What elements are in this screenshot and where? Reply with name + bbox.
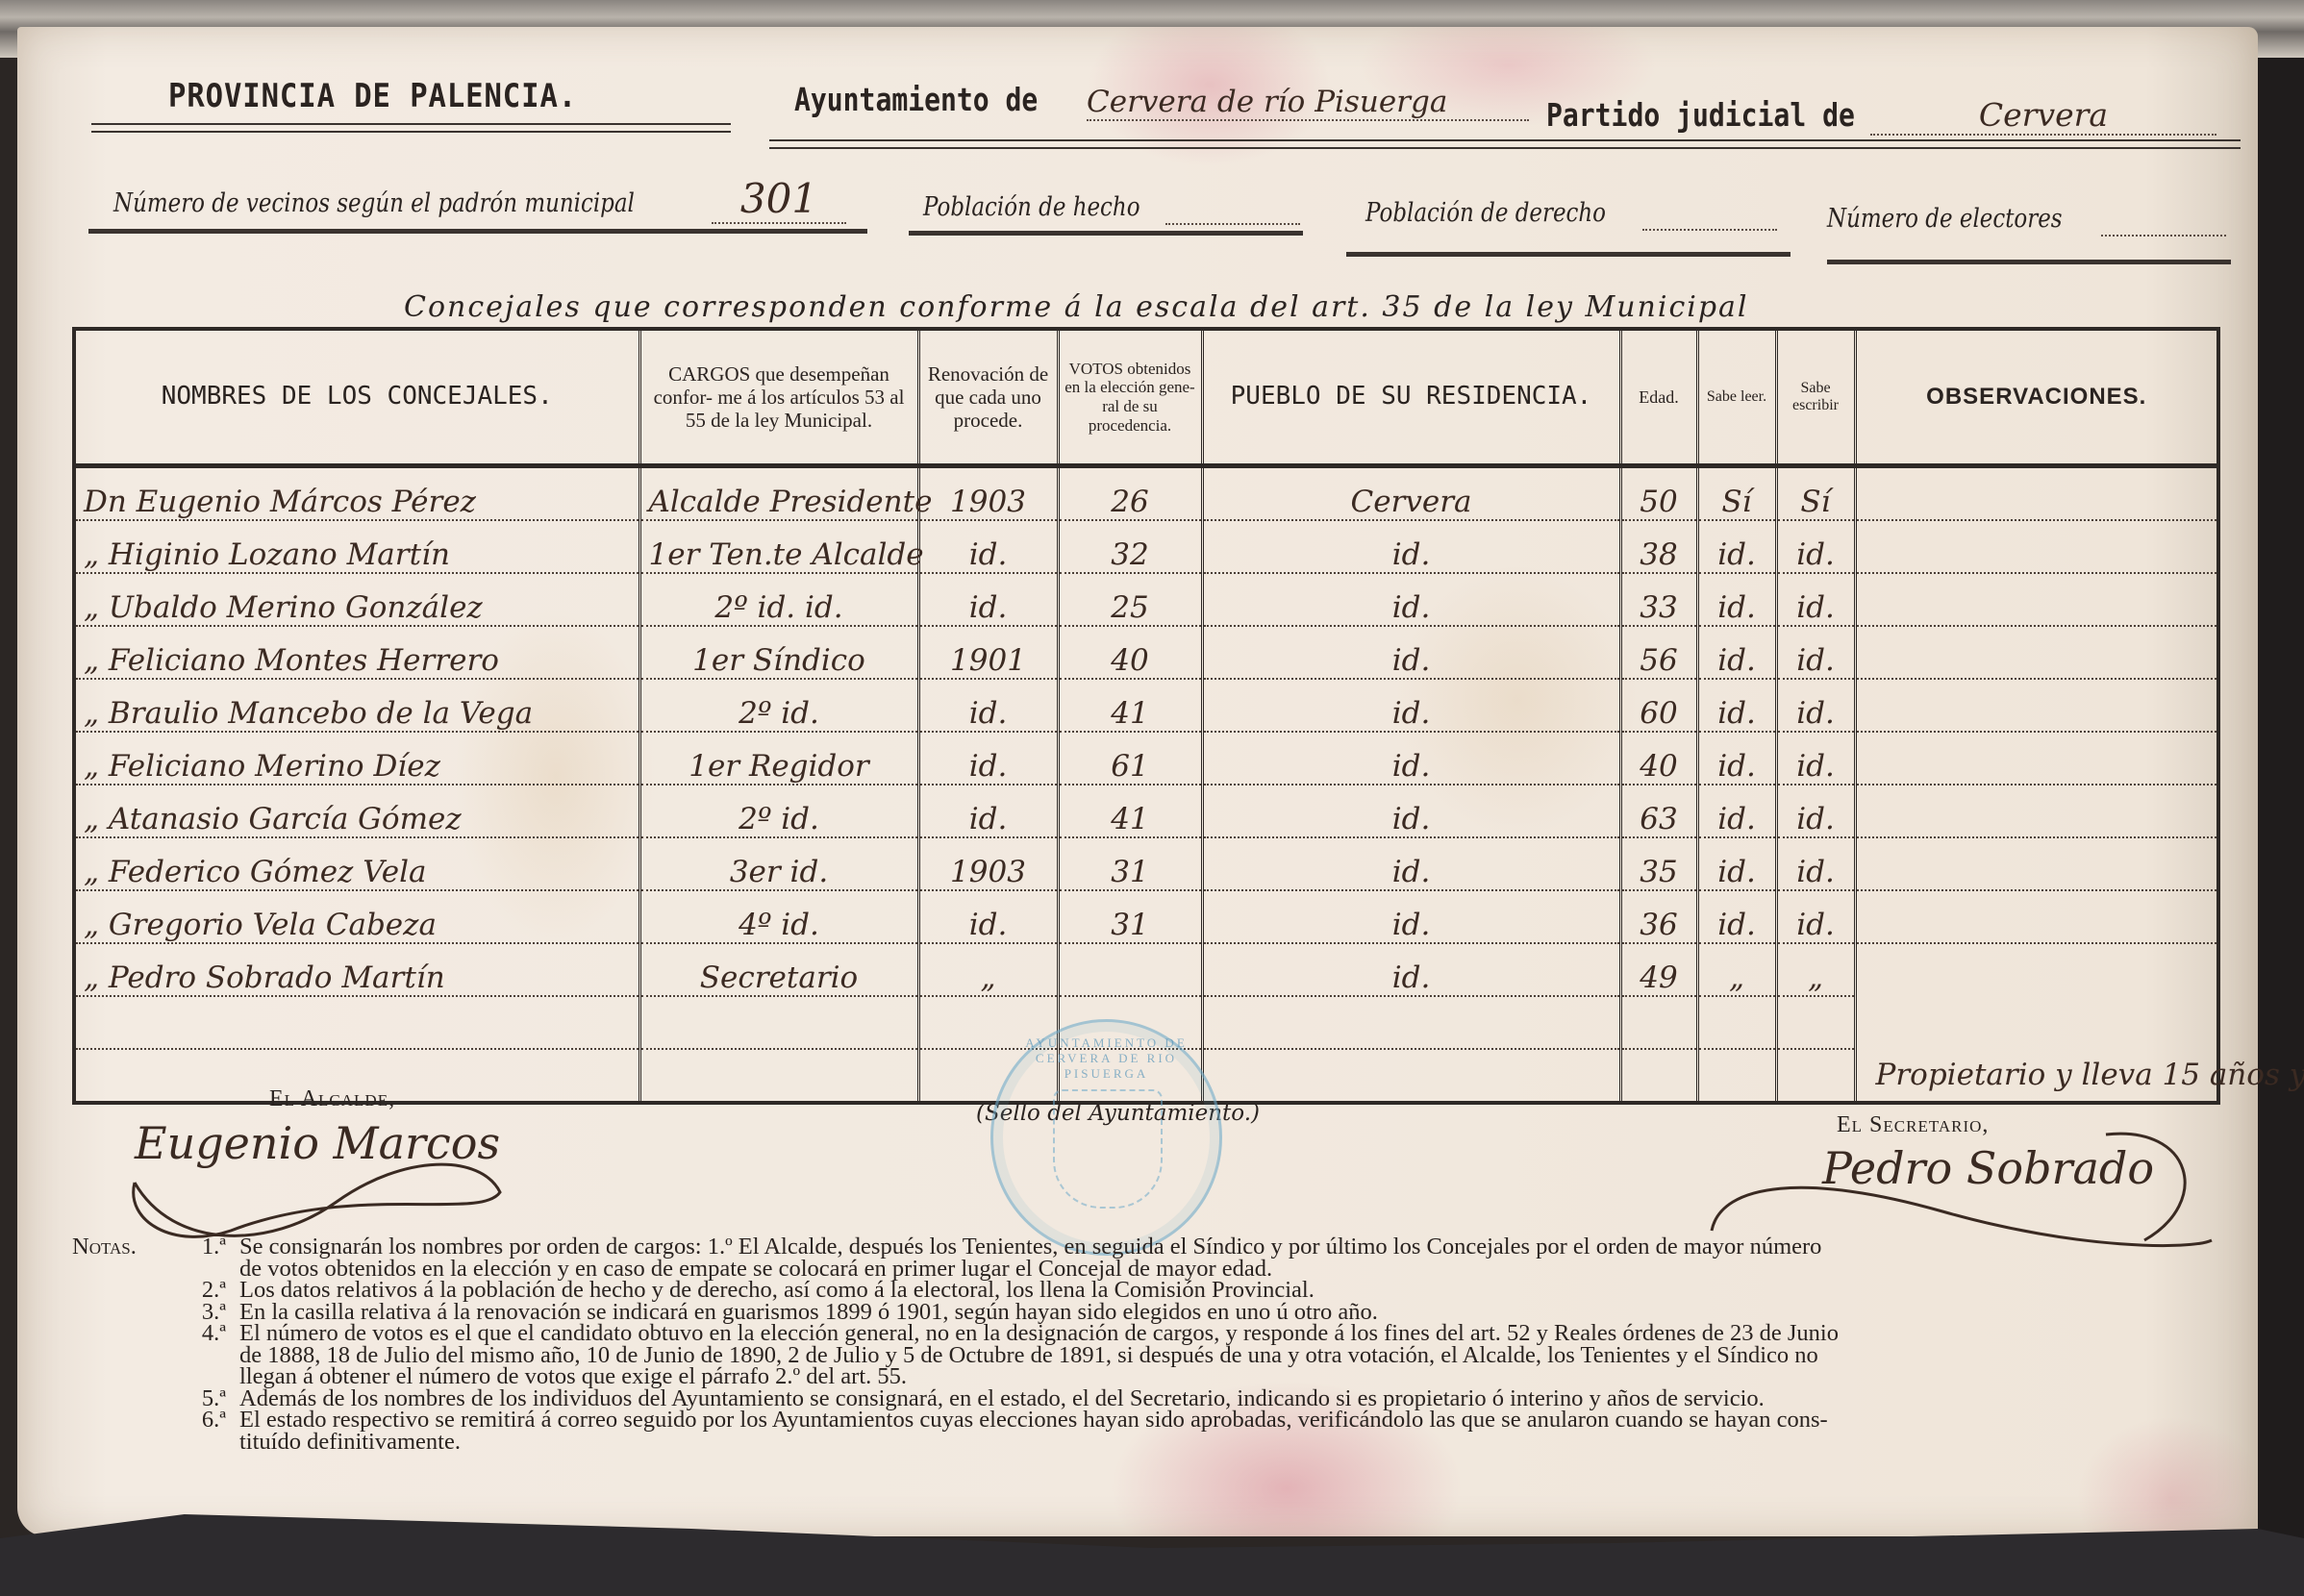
table-row: „ Feliciano Montes Herrero1er Síndico190… <box>74 626 2218 679</box>
divider <box>769 139 2241 149</box>
cell-sabe-leer <box>1697 1049 1776 1103</box>
cell-nombre: „ Pedro Sobrado Martín <box>74 943 639 996</box>
cell-votos: 41 <box>1058 785 1202 837</box>
table-row: „ Ubaldo Merino González2º id. id.id.25i… <box>74 573 2218 626</box>
cell-edad: 50 <box>1620 466 1697 521</box>
cell-nombre: „ Feliciano Montes Herrero <box>74 626 639 679</box>
cell-sabe-escribir: id. <box>1776 785 1855 837</box>
col-sabe-escribir: Sabe escribir <box>1776 329 1855 466</box>
divider <box>1827 260 2231 264</box>
cell-votos: 31 <box>1058 837 1202 890</box>
cell-cargo: 4º id. <box>639 890 918 943</box>
cell-pueblo: id. <box>1202 520 1620 573</box>
cell-pueblo <box>1202 996 1620 1049</box>
cell-observaciones <box>1855 785 2218 837</box>
cell-sabe-leer: id. <box>1697 679 1776 732</box>
partido-judicial-value: Cervera <box>1870 96 2216 136</box>
cell-votos: 26 <box>1058 466 1202 521</box>
provincia-title: PROVINCIA DE PALENCIA. <box>168 77 577 115</box>
cell-sabe-escribir: id. <box>1776 732 1855 785</box>
cell-nombre: Dn Eugenio Márcos Pérez <box>74 466 639 521</box>
cell-sabe-leer: id. <box>1697 573 1776 626</box>
cell-cargo: 1er Regidor <box>639 732 918 785</box>
cell-renovacion: 1903 <box>918 466 1058 521</box>
cell-pueblo: id. <box>1202 573 1620 626</box>
cell-pueblo: id. <box>1202 943 1620 996</box>
divider <box>909 231 1303 236</box>
cell-edad <box>1620 996 1697 1049</box>
col-nombres: NOMBRES DE LOS CONCEJALES. <box>74 329 639 466</box>
cell-renovacion: id. <box>918 890 1058 943</box>
cell-edad <box>1620 1049 1697 1103</box>
table-header-row: NOMBRES DE LOS CONCEJALES. CARGOS que de… <box>74 329 2218 466</box>
cell-nombre <box>74 996 639 1049</box>
ayuntamiento-stamp: AYUNTAMIENTO DE CERVERA DE RIO PISUERGA <box>990 1019 1222 1256</box>
cell-sabe-escribir: id. <box>1776 679 1855 732</box>
cell-observaciones <box>1855 837 2218 890</box>
cell-edad: 49 <box>1620 943 1697 996</box>
notes-section: Notas.1.ªSe consignarán los nombres por … <box>72 1236 2245 1453</box>
cell-nombre: „ Braulio Mancebo de la Vega <box>74 679 639 732</box>
cell-sabe-leer: id. <box>1697 732 1776 785</box>
divider <box>88 229 867 234</box>
table-row: „ Federico Gómez Vela3er id.190331id.35i… <box>74 837 2218 890</box>
cell-cargo: 2º id. id. <box>639 573 918 626</box>
cell-observaciones <box>1855 466 2218 521</box>
cell-nombre: „ Federico Gómez Vela <box>74 837 639 890</box>
col-sabe-leer: Sabe leer. <box>1697 329 1776 466</box>
cell-sabe-leer: id. <box>1697 837 1776 890</box>
book-cover-edge <box>2258 58 2304 1596</box>
cell-nombre: „ Feliciano Merino Díez <box>74 732 639 785</box>
cell-observaciones <box>1855 573 2218 626</box>
cell-edad: 56 <box>1620 626 1697 679</box>
cell-pueblo: id. <box>1202 837 1620 890</box>
col-cargos: CARGOS que desempeñan confor- me á los a… <box>639 329 918 466</box>
cell-renovacion: id. <box>918 679 1058 732</box>
col-pueblo: PUEBLO DE SU RESIDENCIA. <box>1202 329 1620 466</box>
cell-votos: 41 <box>1058 679 1202 732</box>
cell-cargo: Secretario <box>639 943 918 996</box>
cell-renovacion: 1903 <box>918 837 1058 890</box>
table-row: Dn Eugenio Márcos PérezAlcalde President… <box>74 466 2218 521</box>
cell-sabe-escribir: id. <box>1776 837 1855 890</box>
ayuntamiento-label: Ayuntamiento de <box>794 81 1038 118</box>
cell-observaciones <box>1855 732 2218 785</box>
cell-cargo: 1er Ten.te Alcalde <box>639 520 918 573</box>
notes-lead <box>72 1302 178 1324</box>
cell-renovacion: „ <box>918 943 1058 996</box>
col-observaciones: OBSERVACIONES. <box>1855 329 2218 466</box>
table-row: „ Higinio Lozano Martín1er Ten.te Alcald… <box>74 520 2218 573</box>
table-row: „ Braulio Mancebo de la Vega2º id.id.41i… <box>74 679 2218 732</box>
note-text: El estado respectivo se remitirá á corre… <box>239 1409 2245 1432</box>
cell-cargo: Alcalde Presidente <box>639 466 918 521</box>
cell-sabe-leer: „ <box>1697 943 1776 996</box>
cell-votos: 61 <box>1058 732 1202 785</box>
cell-sabe-escribir: „ <box>1776 943 1855 996</box>
cell-pueblo: id. <box>1202 785 1620 837</box>
cell-votos <box>1058 943 1202 996</box>
cell-pueblo: id. <box>1202 890 1620 943</box>
cell-observaciones <box>1855 626 2218 679</box>
notes-lead <box>72 1280 178 1302</box>
cell-sabe-leer: id. <box>1697 890 1776 943</box>
cell-edad: 36 <box>1620 890 1697 943</box>
cell-pueblo: id. <box>1202 732 1620 785</box>
note-number: 6.ª <box>178 1409 239 1432</box>
cell-votos: 32 <box>1058 520 1202 573</box>
cell-sabe-escribir <box>1776 996 1855 1049</box>
cell-nombre: „ Gregorio Vela Cabeza <box>74 890 639 943</box>
partido-judicial-label: Partido judicial de <box>1546 96 1855 134</box>
divider <box>91 123 731 133</box>
cell-pueblo: id. <box>1202 679 1620 732</box>
cell-votos: 25 <box>1058 573 1202 626</box>
alcalde-label: El Alcalde, <box>269 1086 395 1112</box>
cell-edad: 40 <box>1620 732 1697 785</box>
concejales-scale-line: Concejales que corresponden conforme á l… <box>404 290 1749 324</box>
cell-cargo <box>639 1049 918 1103</box>
cell-nombre: „ Ubaldo Merino González <box>74 573 639 626</box>
cell-observaciones: Propietario y lleva 15 años y 10 meses d… <box>1855 943 2218 1103</box>
poblacion-hecho-label: Población de hecho <box>923 192 1140 222</box>
cell-votos: 31 <box>1058 890 1202 943</box>
notes-lead <box>72 1409 178 1432</box>
divider <box>1346 252 1791 257</box>
cell-renovacion: id. <box>918 732 1058 785</box>
cell-cargo <box>639 996 918 1049</box>
cell-pueblo <box>1202 1049 1620 1103</box>
cell-sabe-leer: id. <box>1697 520 1776 573</box>
poblacion-derecho-label: Población de derecho <box>1365 198 1606 228</box>
table-row: „ Gregorio Vela Cabeza4º id.id.31id.36id… <box>74 890 2218 943</box>
col-renovacion: Renovación de que cada uno procede. <box>918 329 1058 466</box>
cell-sabe-leer <box>1697 996 1776 1049</box>
cell-cargo: 2º id. <box>639 679 918 732</box>
cell-renovacion: 1901 <box>918 626 1058 679</box>
cell-sabe-escribir: id. <box>1776 520 1855 573</box>
cell-nombre: „ Atanasio García Gómez <box>74 785 639 837</box>
note-text: tituído definitivamente. <box>239 1432 2245 1454</box>
cell-renovacion: id. <box>918 573 1058 626</box>
cell-renovacion: id. <box>918 520 1058 573</box>
cell-edad: 33 <box>1620 573 1697 626</box>
cell-votos: 40 <box>1058 626 1202 679</box>
electores-field <box>2101 231 2226 237</box>
electores-label: Número de electores <box>1827 204 2063 234</box>
cell-edad: 63 <box>1620 785 1697 837</box>
note-number: 4.ª <box>178 1323 239 1345</box>
poblacion-hecho-field <box>1165 219 1300 225</box>
cell-sabe-escribir: Sí <box>1776 466 1855 521</box>
poblacion-derecho-field <box>1642 225 1777 231</box>
note-line: tituído definitivamente. <box>72 1432 2245 1454</box>
cell-sabe-leer: id. <box>1697 626 1776 679</box>
col-votos: VOTOS obtenidos en la elección gene- ral… <box>1058 329 1202 466</box>
cell-sabe-leer: id. <box>1697 785 1776 837</box>
notes-lead <box>72 1323 178 1345</box>
cell-cargo: 2º id. <box>639 785 918 837</box>
cell-edad: 35 <box>1620 837 1697 890</box>
ayuntamiento-value: Cervera de río Pisuerga <box>1087 85 1529 121</box>
cell-observaciones <box>1855 890 2218 943</box>
cell-cargo: 3er id. <box>639 837 918 890</box>
concejales-table: NOMBRES DE LOS CONCEJALES. CARGOS que de… <box>72 327 2220 1105</box>
cell-cargo: 1er Síndico <box>639 626 918 679</box>
cell-sabe-leer: Sí <box>1697 466 1776 521</box>
cell-sabe-escribir: id. <box>1776 890 1855 943</box>
notes-lead: Notas. <box>72 1236 178 1259</box>
vecinos-label: Número de vecinos según el padrón munici… <box>113 188 635 218</box>
cell-sabe-escribir: id. <box>1776 626 1855 679</box>
stamp-text: AYUNTAMIENTO DE CERVERA DE RIO PISUERGA <box>993 1035 1219 1082</box>
note-number: 1.ª <box>178 1236 239 1259</box>
table-row: „ Atanasio García Gómez2º id.id.41id.63i… <box>74 785 2218 837</box>
cell-observaciones <box>1855 679 2218 732</box>
notes-lead <box>72 1388 178 1410</box>
cell-pueblo: id. <box>1202 626 1620 679</box>
table-row: „ Feliciano Merino Díez1er Regidorid.61i… <box>74 732 2218 785</box>
cell-sabe-escribir <box>1776 1049 1855 1103</box>
table-row: „ Pedro Sobrado MartínSecretario„id.49„„… <box>74 943 2218 996</box>
cell-renovacion: id. <box>918 785 1058 837</box>
cell-nombre: „ Higinio Lozano Martín <box>74 520 639 573</box>
crest-icon <box>1053 1089 1163 1209</box>
cell-sabe-escribir: id. <box>1776 573 1855 626</box>
vecinos-value: 301 <box>712 175 846 224</box>
cell-edad: 60 <box>1620 679 1697 732</box>
col-edad: Edad. <box>1620 329 1697 466</box>
cell-edad: 38 <box>1620 520 1697 573</box>
cell-pueblo: Cervera <box>1202 466 1620 521</box>
cell-observaciones <box>1855 520 2218 573</box>
